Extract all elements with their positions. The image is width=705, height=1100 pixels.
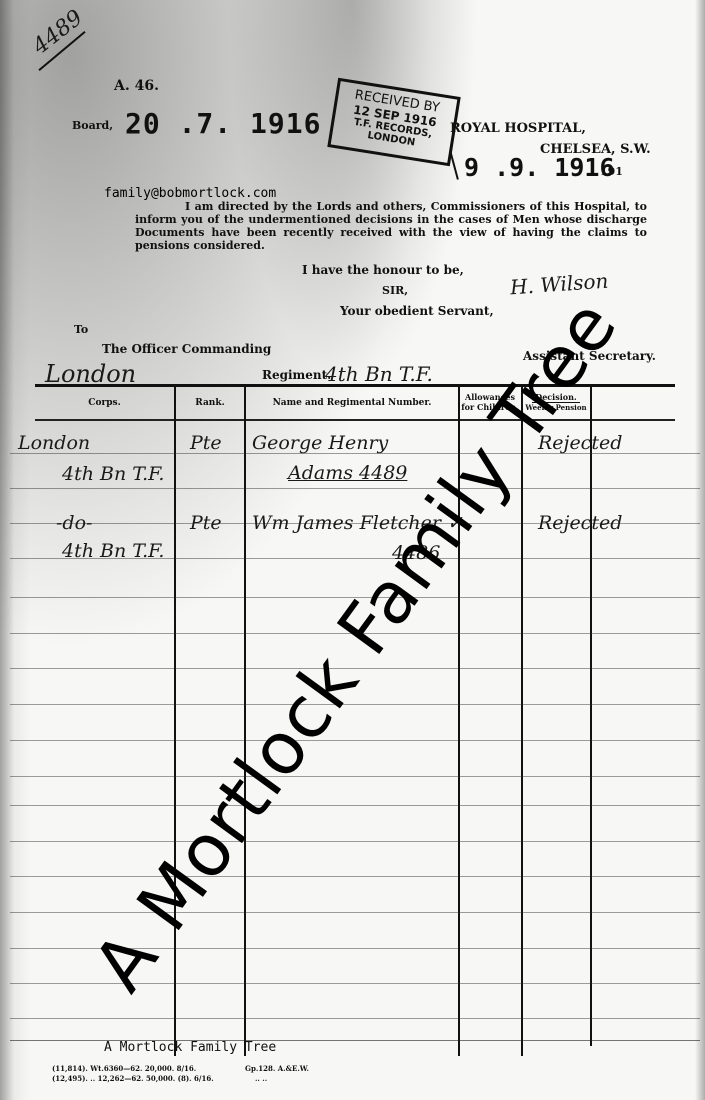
row1-name-line2: Adams 4489 <box>288 462 407 484</box>
table-header-rule <box>35 419 675 421</box>
row1-corps-line1: London <box>18 432 90 454</box>
ruled-line <box>10 841 700 842</box>
printer-imprint-1: (11,814). Wt.6360—62. 20,000. 8/16. <box>52 1064 196 1073</box>
year-prefix: 191 <box>600 165 623 178</box>
stamp-mark <box>449 150 459 179</box>
closing-line-3: Your obedient Servant, <box>340 304 494 318</box>
row1-name-line1: George Henry <box>252 432 388 454</box>
header-corps: Corps. <box>35 398 174 408</box>
received-stamp: RECEIVED BY 12 SEP 1916 T.F. RECORDS, LO… <box>327 78 460 167</box>
row2-corps-line1: -do- <box>56 512 92 534</box>
ruled-line <box>10 488 700 489</box>
hospital-name: ROYAL HOSPITAL, <box>450 121 586 136</box>
closing-line-2: SIR, <box>382 284 408 297</box>
diagonal-watermark: A Mortlock Family Tree <box>77 284 633 1006</box>
printer-imprint-2-right: .. .. <box>255 1074 267 1083</box>
ruled-line <box>10 1018 700 1019</box>
row1-rank: Pte <box>190 432 222 454</box>
bottom-watermark: A Mortlock Family Tree <box>104 1040 276 1055</box>
regiment-label: Regiment. <box>262 368 331 382</box>
row2-rank: Pte <box>190 512 222 534</box>
board-label: Board, <box>72 119 113 132</box>
ruled-line <box>10 776 700 777</box>
hospital-date: 9 .9. 1916 <box>464 153 615 182</box>
letter-body-text: I am directed by the Lords and others, C… <box>135 200 647 252</box>
printer-imprint-2: (12,495). .. 12,262—62. 50,000. (8). 6/1… <box>52 1074 214 1083</box>
to-label: To <box>74 323 88 336</box>
column-divider <box>590 386 592 1046</box>
ruled-line <box>10 805 700 806</box>
officer-commanding: The Officer Commanding <box>102 342 271 356</box>
board-date: 20 .7. 1916 <box>125 107 321 140</box>
row1-corps-line2: 4th Bn T.F. <box>62 463 164 485</box>
header-name: Name and Regimental Number. <box>246 398 458 408</box>
row2-decision: Rejected <box>538 512 622 534</box>
closing-line-1: I have the honour to be, <box>302 263 464 277</box>
scanned-document: 4489 A. 46. Board, 20 .7. 1916 RECEIVED … <box>0 0 705 1100</box>
ruled-line <box>10 740 700 741</box>
row2-corps-line2: 4th Bn T.F. <box>62 540 164 562</box>
regiment-value: 4th Bn T.F. <box>325 362 433 386</box>
url-watermark: family@bobmortlock.com <box>104 186 276 201</box>
form-number: A. 46. <box>114 78 159 94</box>
printer-imprint-1-right: Gp.128. A.&E.W. <box>245 1064 309 1073</box>
header-rank: Rank. <box>176 398 244 408</box>
letter-body: I am directed by the Lords and others, C… <box>135 200 647 252</box>
ruled-line <box>10 876 700 877</box>
column-divider <box>244 386 246 1056</box>
